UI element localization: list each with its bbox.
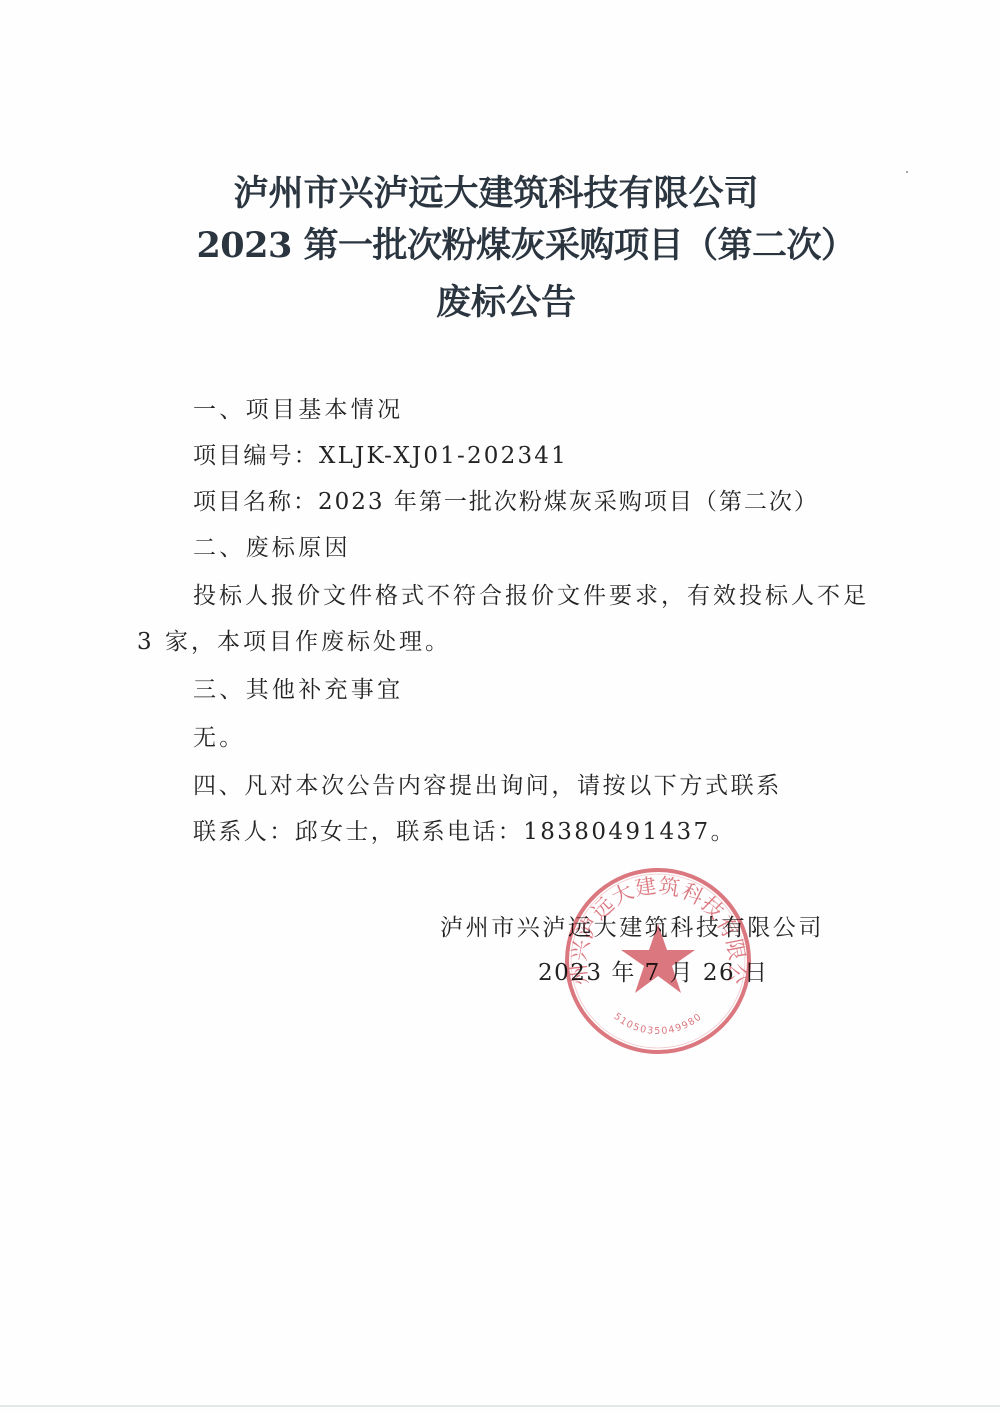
section-1-heading: 一、项目基本情况 (193, 395, 403, 425)
contact-info: 联系人：邱女士，联系电话：18380491437。 (193, 817, 736, 847)
abandon-reason-line-2: 3 家，本项目作废标处理。 (137, 627, 451, 657)
section-2-heading: 二、废标原因 (193, 533, 351, 563)
project-number: 项目编号：XLJK-XJ01-202341 (193, 441, 568, 471)
title-project: 2023 第一批次粉煤灰采购项目（第二次） (26, 226, 1000, 266)
document-page: 泸州市兴泸远大建筑科技有限公司 2023 第一批次粉煤灰采购项目（第二次） 废标… (0, 0, 1000, 1414)
project-name: 项目名称：2023 年第一批次粉煤灰采购项目（第二次） (193, 487, 819, 517)
scan-speck (906, 171, 908, 173)
abandon-reason-line-1: 投标人报价文件格式不符合报价文件要求，有效投标人不足 (193, 581, 869, 611)
section-3-content: 无。 (193, 723, 246, 753)
signature-company: 泸州市兴泸远大建筑科技有限公司 (440, 913, 824, 943)
signature-date: 2023 年 7 月 26 日 (538, 958, 769, 988)
section-3-heading: 三、其他补充事宜 (193, 675, 403, 705)
section-4-heading: 四、凡对本次公告内容提出询问，请按以下方式联系 (193, 771, 782, 801)
seal-code: 5105035049980 (611, 1011, 704, 1037)
title-company: 泸州市兴泸远大建筑科技有限公司 (0, 174, 996, 214)
title-notice-type: 废标公告 (6, 283, 1000, 323)
scan-edge-line (0, 1405, 1000, 1407)
